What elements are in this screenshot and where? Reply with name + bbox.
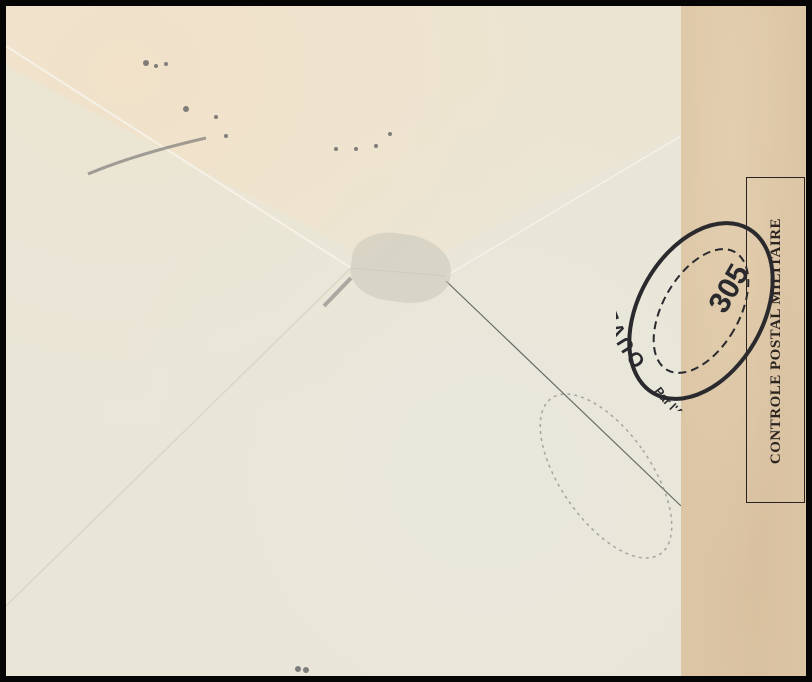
envelope-back: CONTROLE POSTAL MILITAIRE OUVERT Par l'A… — [6, 6, 806, 676]
svg-text:Par l'AUTORITÉ MILITAIRE: Par l'AUTORITÉ MILITAIRE — [652, 384, 784, 411]
censor-oval-stamp: OUVERT Par l'AUTORITÉ MILITAIRE 305 — [616, 211, 786, 411]
stamp-number: 305 — [702, 259, 756, 319]
stamp-bottom-text: Par l'AUTORITÉ MILITAIRE — [652, 384, 784, 411]
photo-frame: CONTROLE POSTAL MILITAIRE OUVERT Par l'A… — [0, 0, 812, 682]
